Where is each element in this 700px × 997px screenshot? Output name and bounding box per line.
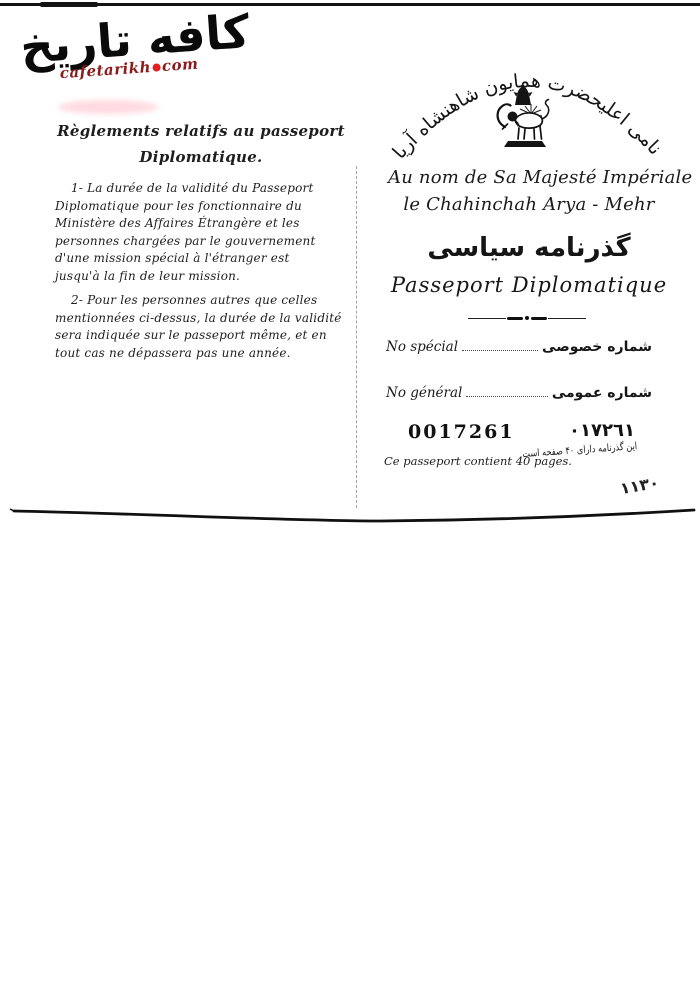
regulation-line: tout cas ne dépassera pas une année. xyxy=(55,345,347,363)
regulation-line: d'une mission spécial à l'étranger est xyxy=(55,250,347,268)
passport-number-persian: ٠١٧٢٦١ xyxy=(556,420,648,441)
regulation-line: Diplomatique pour les fonctionnaire du xyxy=(55,198,347,216)
special-number-label-french: No spécial xyxy=(386,339,458,355)
lion-and-sun-emblem-icon xyxy=(489,84,559,152)
ornamental-divider xyxy=(468,316,586,320)
regulations-title: Règlements relatifs au passeport Diploma… xyxy=(55,118,347,170)
regulations-page: Règlements relatifs au passeport Diploma… xyxy=(55,118,347,362)
passport-scan: کافه تاریخ cafetarikhcom Règlements rela… xyxy=(0,0,700,997)
regulation-line: personnes chargées par le gouvernement xyxy=(55,233,347,251)
page-gutter-crease xyxy=(356,166,357,508)
regulations-body: 1- La durée de la validité du Passeport … xyxy=(55,180,347,362)
field-row-special-number: No spécial شماره خصوصی xyxy=(386,338,652,355)
passport-number-latin: 0017261 xyxy=(408,421,515,443)
regulation-line: jusqu'à la fin de leur mission. xyxy=(55,268,347,286)
regulations-title-line1: Règlements relatifs au passeport xyxy=(55,118,347,144)
passport-bottom-edge xyxy=(0,500,700,526)
motto-french-line2: le Chahinchah Arya - Mehr xyxy=(388,194,670,215)
watermark-site-tld: com xyxy=(161,54,199,75)
regulation-line: 1- La durée de la validité du Passeport xyxy=(55,180,347,198)
emblem-base-icon xyxy=(504,141,546,147)
watermark-pink-smudge xyxy=(58,100,158,114)
motto-french-line1: Au nom de Sa Majesté Impériale xyxy=(388,167,670,188)
general-number-fill-line xyxy=(466,384,547,397)
regulation-line: Ministère des Affaires Étrangère et les xyxy=(55,215,347,233)
field-row-general-number: No général شماره عمومی xyxy=(386,384,652,401)
passport-top-edge-blemish xyxy=(40,2,98,7)
special-number-label-persian: شماره خصوصی xyxy=(542,339,652,355)
passport-title-french: Passeport Diplomatique xyxy=(390,273,668,297)
lion-with-sword-icon xyxy=(498,100,549,140)
special-number-fill-line xyxy=(462,338,538,351)
regulation-line: mentionnées ci-dessus, la durée de la va… xyxy=(55,310,347,328)
watermark-red-dot-icon xyxy=(153,63,162,72)
passport-title-persian: گذرنامه سیاسی xyxy=(390,233,668,263)
regulation-line: sera indiquée sur le passeport même, et … xyxy=(55,327,347,345)
printer-code-persian: ١١٣٠ xyxy=(619,473,661,498)
pahlavi-crown-icon xyxy=(514,85,533,105)
pages-count-note-persian: این گذرنامه دارای ۴۰ صفحه است xyxy=(552,441,638,458)
general-number-label-persian: شماره عمومی xyxy=(552,385,652,401)
passport-top-edge xyxy=(0,3,700,6)
general-number-label-french: No général xyxy=(386,385,462,401)
site-watermark: کافه تاریخ cafetarikhcom xyxy=(18,6,252,84)
regulations-title-line2: Diplomatique. xyxy=(55,144,347,170)
regulation-line: 2- Pour les personnes autres que celles xyxy=(55,292,347,310)
